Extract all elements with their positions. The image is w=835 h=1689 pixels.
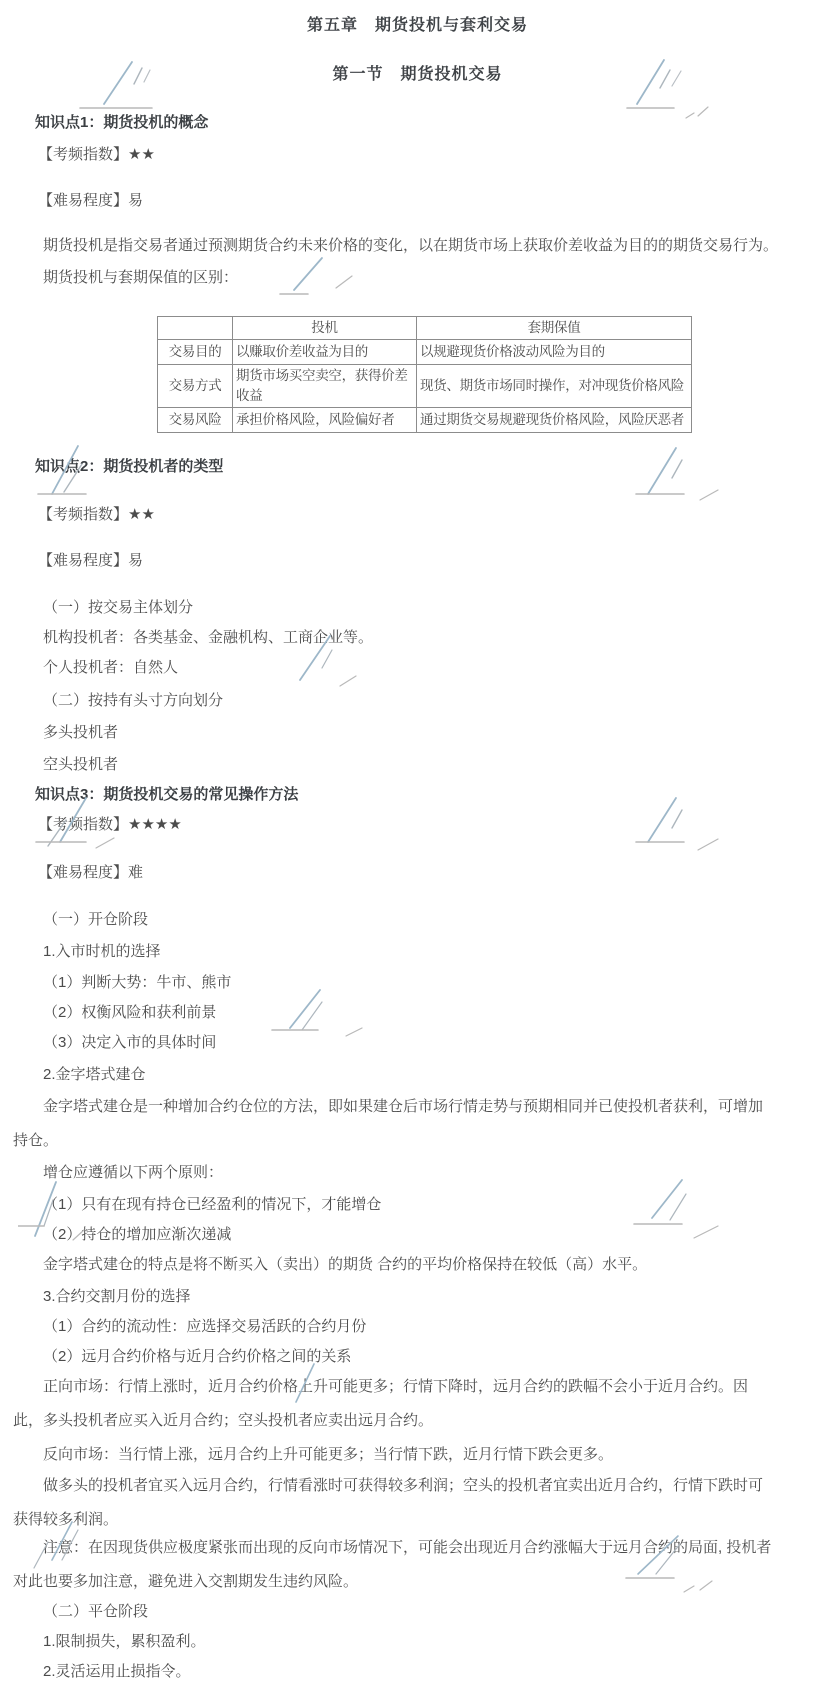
list-item: （2）远月合约价格与近月合约价格之间的关系 xyxy=(0,1342,835,1372)
list-item: （二）按持有头寸方向划分 xyxy=(0,686,835,716)
list-item: 1.限制损失，累积盈利。 xyxy=(0,1627,835,1657)
comparison-table: 投机 套期保值 交易目的 以赚取价差收益为目的 以规避现货价格波动风险为目的 交… xyxy=(157,316,692,433)
forward-market-paragraph: 正向市场：行情上涨时，近月合约价格上升可能更多；行情下降时，远月合约的跌幅不会小… xyxy=(0,1370,835,1438)
list-item: （1）合约的流动性：应选择交易活跃的合约月份 xyxy=(0,1312,835,1342)
list-item: （2）持仓的增加应渐次递减 xyxy=(0,1220,835,1250)
table-cell: 以规避现货价格波动风险为目的 xyxy=(417,340,692,365)
chapter-title: 第五章 期货投机与套利交易 xyxy=(0,11,835,41)
kp3-topic-delivery-month: 3.合约交割月份的选择 xyxy=(0,1282,835,1312)
list-item: （2）权衡风险和获利前景 xyxy=(0,998,835,1028)
rule-intro: 增仓应遵循以下两个原则： xyxy=(0,1158,835,1188)
kp2-frequency-index: 【考频指数】★★ xyxy=(0,500,835,530)
kp3-heading: 知识点3：期货投机交易的常见操作方法 xyxy=(0,780,835,810)
table-cell: 交易目的 xyxy=(158,340,233,365)
kp2-heading: 知识点2：期货投机者的类型 xyxy=(0,452,835,482)
kp3-subsection-open: （一）开仓阶段 xyxy=(0,905,835,935)
list-item: 多头投机者 xyxy=(0,718,835,748)
kp3-topic-timing: 1.入市时机的选择 xyxy=(0,937,835,967)
long-short-paragraph: 做多头的投机者宜买入远月合约，行情看涨时可获得较多利润；空头的投机者宜卖出近月合… xyxy=(0,1469,835,1537)
table-cell: 承担价格风险，风险偏好者 xyxy=(233,408,417,433)
table-header-row: 投机 套期保值 xyxy=(158,317,692,340)
kp1-intro-paragraph: 期货投机是指交易者通过预测期货合约未来价格的变化，以在期货市场上获取价差收益为目… xyxy=(0,231,835,261)
list-item: 空头投机者 xyxy=(0,750,835,780)
list-item: （1）判断大势：牛市、熊市 xyxy=(0,968,835,998)
kp2-difficulty: 【难易程度】易 xyxy=(0,546,835,576)
table-header-speculation: 投机 xyxy=(233,317,417,340)
kp1-difficulty: 【难易程度】易 xyxy=(0,186,835,216)
kp1-frequency-index: 【考频指数】★★ xyxy=(0,140,835,170)
note-paragraph: 注意：在因现货供应极度紧张而出现的反向市场情况下，可能会出现近月合约涨幅大于远月… xyxy=(0,1531,835,1599)
pyramid-paragraph: 金字塔式建仓是一种增加合约仓位的方法，即如果建仓后市场行情走势与预期相同并已使投… xyxy=(0,1090,835,1158)
comparison-table-caption: 期货投机与套期保值的区别： xyxy=(0,263,835,293)
kp3-topic-pyramid: 2.金字塔式建仓 xyxy=(0,1060,835,1090)
document-page: 第五章 期货投机与套利交易 第一节 期货投机交易 知识点1：期货投机的概念 【考… xyxy=(0,0,835,1689)
list-item: （一）按交易主体划分 xyxy=(0,593,835,623)
list-item: 机构投机者：各类基金、金融机构、工商企业等。 xyxy=(0,623,835,653)
table-cell: 通过期货交易规避现货价格风险，风险厌恶者 xyxy=(417,408,692,433)
kp1-heading: 知识点1：期货投机的概念 xyxy=(0,108,835,138)
table-cell: 以赚取价差收益为目的 xyxy=(233,340,417,365)
table-cell: 期货市场买空卖空，获得价差收益 xyxy=(233,365,417,408)
kp3-frequency-index: 【考频指数】★★★★ xyxy=(0,810,835,840)
table-cell: 现货、期货市场同时操作，对冲现货价格风险 xyxy=(417,365,692,408)
list-item: （3）决定入市的具体时间 xyxy=(0,1028,835,1058)
reverse-market-paragraph: 反向市场：当行情上涨，远月合约上升可能更多；当行情下跌，近月行情下跌会更多。 xyxy=(0,1440,835,1470)
list-item: （1）只有在现有持仓已经盈利的情况下，才能增仓 xyxy=(0,1190,835,1220)
table-row: 交易目的 以赚取价差收益为目的 以规避现货价格波动风险为目的 xyxy=(158,340,692,365)
table-cell: 交易风险 xyxy=(158,408,233,433)
kp3-subsection-close: （二）平仓阶段 xyxy=(0,1597,835,1627)
kp3-difficulty: 【难易程度】难 xyxy=(0,858,835,888)
list-item: 2.灵活运用止损指令。 xyxy=(0,1657,835,1687)
section-title: 第一节 期货投机交易 xyxy=(0,60,835,90)
table-row: 交易风险 承担价格风险，风险偏好者 通过期货交易规避现货价格风险，风险厌恶者 xyxy=(158,408,692,433)
table-header-empty xyxy=(158,317,233,340)
pyramid-feature: 金字塔式建仓的特点是将不断买入（卖出）的期货 合约的平均价格保持在较低（高）水平… xyxy=(0,1250,835,1280)
table-header-hedging: 套期保值 xyxy=(417,317,692,340)
table-row: 交易方式 期货市场买空卖空，获得价差收益 现货、期货市场同时操作，对冲现货价格风… xyxy=(158,365,692,408)
list-item: 个人投机者：自然人 xyxy=(0,653,835,683)
table-cell: 交易方式 xyxy=(158,365,233,408)
